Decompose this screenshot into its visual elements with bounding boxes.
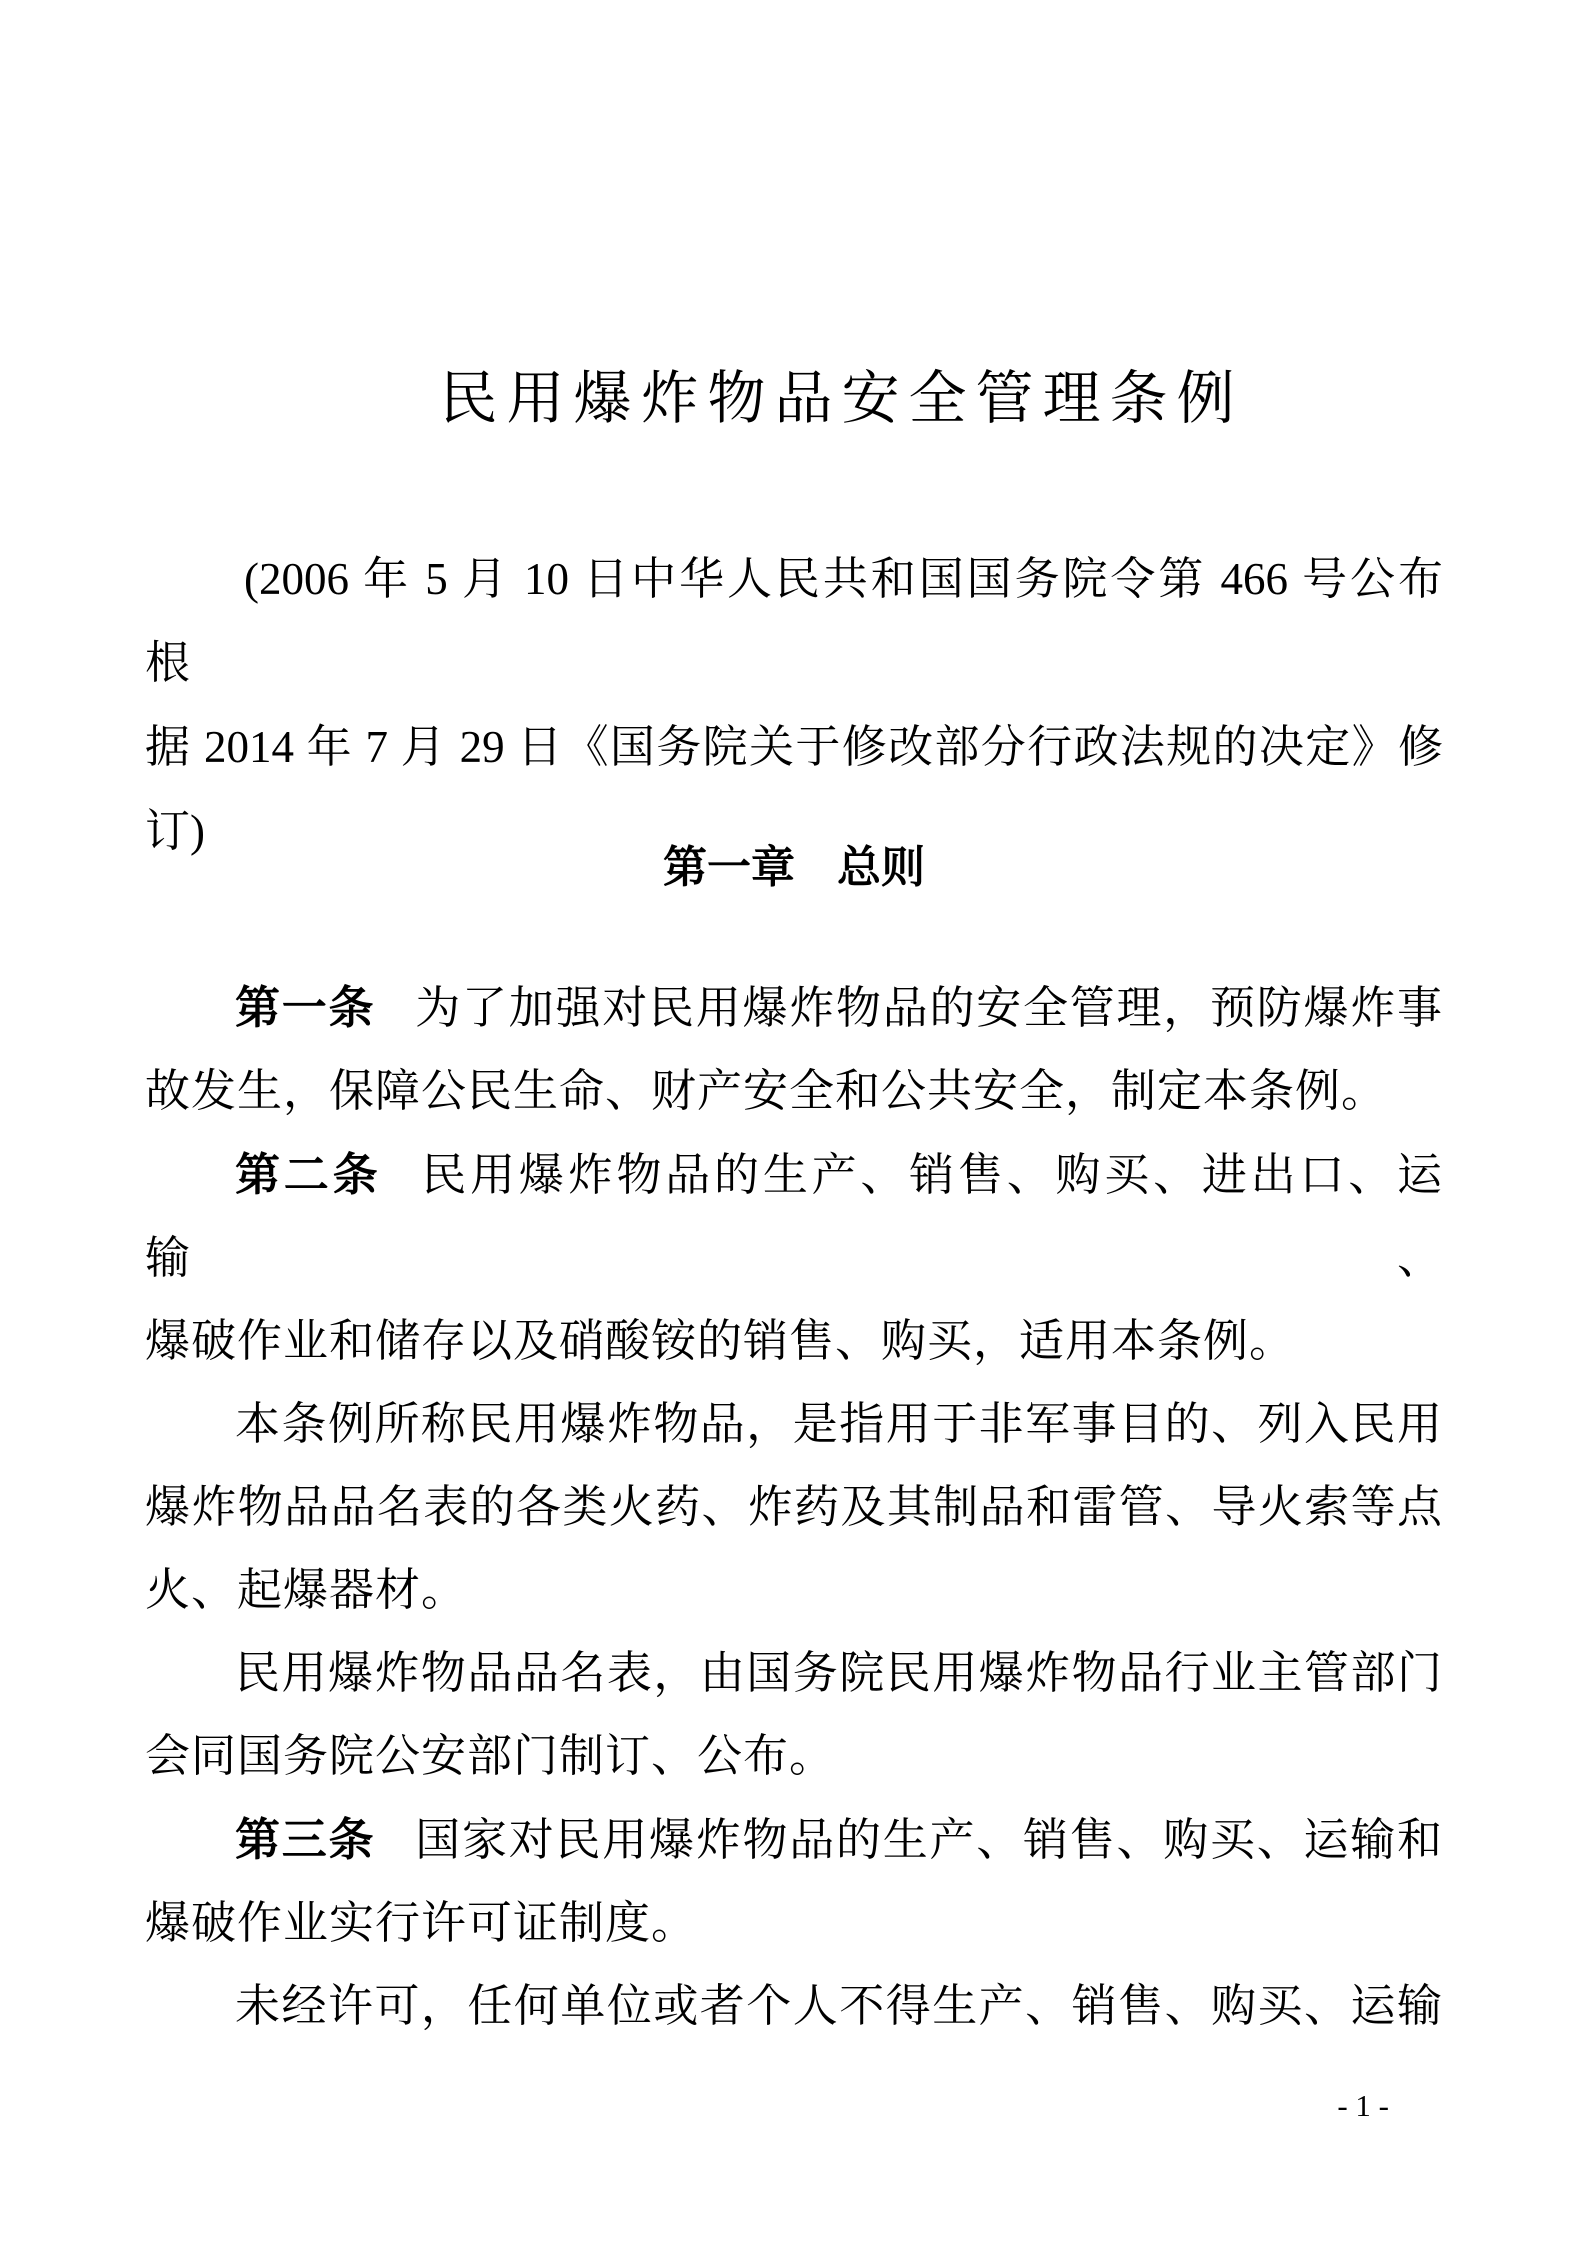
body-line-text: 国家对民用爆炸物品的生产、销售、购买、运输和 [415, 1815, 1443, 1865]
body-line-text: 为了加强对民用爆炸物品的安全管理，预防爆炸事 [415, 983, 1443, 1033]
chapter-heading: 第一章总则 [145, 838, 1443, 898]
body-line: 民用爆炸物品品名表，由国务院民用爆炸物品行业主管部门 [145, 1632, 1443, 1715]
article-label: 第三条 [235, 1814, 375, 1865]
body-line: 会同国务院公安部门制订、公布。 [145, 1715, 1443, 1798]
body-paragraph-definition: 本条例所称民用爆炸物品，是指用于非军事目的、列入民用 爆炸物品品名表的各类火药、… [145, 1383, 1443, 1632]
body-line: 第三条国家对民用爆炸物品的生产、销售、购买、运输和 [145, 1798, 1443, 1882]
preamble: (2006 年 5 月 10 日中华人民共和国国务院令第 466 号公布 根 据… [145, 537, 1443, 873]
body-line: 第一条为了加强对民用爆炸物品的安全管理，预防爆炸事 [145, 966, 1443, 1050]
body-paragraph-article-2: 第二条民用爆炸物品的生产、销售、购买、进出口、运输、 爆破作业和储存以及硝酸铵的… [145, 1133, 1443, 1383]
body-paragraph-no-permit: 未经许可，任何单位或者个人不得生产、销售、购买、运输 [145, 1965, 1443, 2048]
body-paragraph-name-list: 民用爆炸物品品名表，由国务院民用爆炸物品行业主管部门 会同国务院公安部门制订、公… [145, 1632, 1443, 1798]
body-line: 爆炸物品品名表的各类火药、炸药及其制品和雷管、导火索等点 [145, 1466, 1443, 1549]
body-line: 未经许可，任何单位或者个人不得生产、销售、购买、运输 [145, 1965, 1443, 2048]
document-page: 民用爆炸物品安全管理条例 (2006 年 5 月 10 日中华人民共和国国务院令… [0, 0, 1587, 2245]
chapter-title: 总则 [837, 843, 925, 892]
chapter-number: 第一章 [663, 843, 795, 892]
page-number: - 1 - [1337, 2088, 1389, 2124]
body-line: 故发生，保障公民生命、财产安全和公共安全，制定本条例。 [145, 1050, 1443, 1133]
body-line: 火、起爆器材。 [145, 1549, 1443, 1632]
body-paragraph-article-3: 第三条国家对民用爆炸物品的生产、销售、购买、运输和 爆破作业实行许可证制度。 [145, 1798, 1443, 1965]
article-label: 第一条 [235, 982, 375, 1033]
body-line: 本条例所称民用爆炸物品，是指用于非军事目的、列入民用 [145, 1383, 1443, 1466]
body-paragraph-article-1: 第一条为了加强对民用爆炸物品的安全管理，预防爆炸事 故发生，保障公民生命、财产安… [145, 966, 1443, 1133]
body-line: 爆破作业实行许可证制度。 [145, 1882, 1443, 1965]
document-body: 第一条为了加强对民用爆炸物品的安全管理，预防爆炸事 故发生，保障公民生命、财产安… [145, 966, 1443, 2048]
body-line: 爆破作业和储存以及硝酸铵的销售、购买，适用本条例。 [145, 1300, 1443, 1383]
document-title: 民用爆炸物品安全管理条例 [145, 366, 1443, 433]
preamble-line: 据 2014 年 7 月 29 日《国务院关于修改部分行政法规的决定》修 [145, 705, 1443, 789]
preamble-line: (2006 年 5 月 10 日中华人民共和国国务院令第 466 号公布 根 [145, 537, 1443, 705]
body-line: 第二条民用爆炸物品的生产、销售、购买、进出口、运输、 [145, 1133, 1443, 1300]
article-label: 第二条 [235, 1149, 381, 1200]
